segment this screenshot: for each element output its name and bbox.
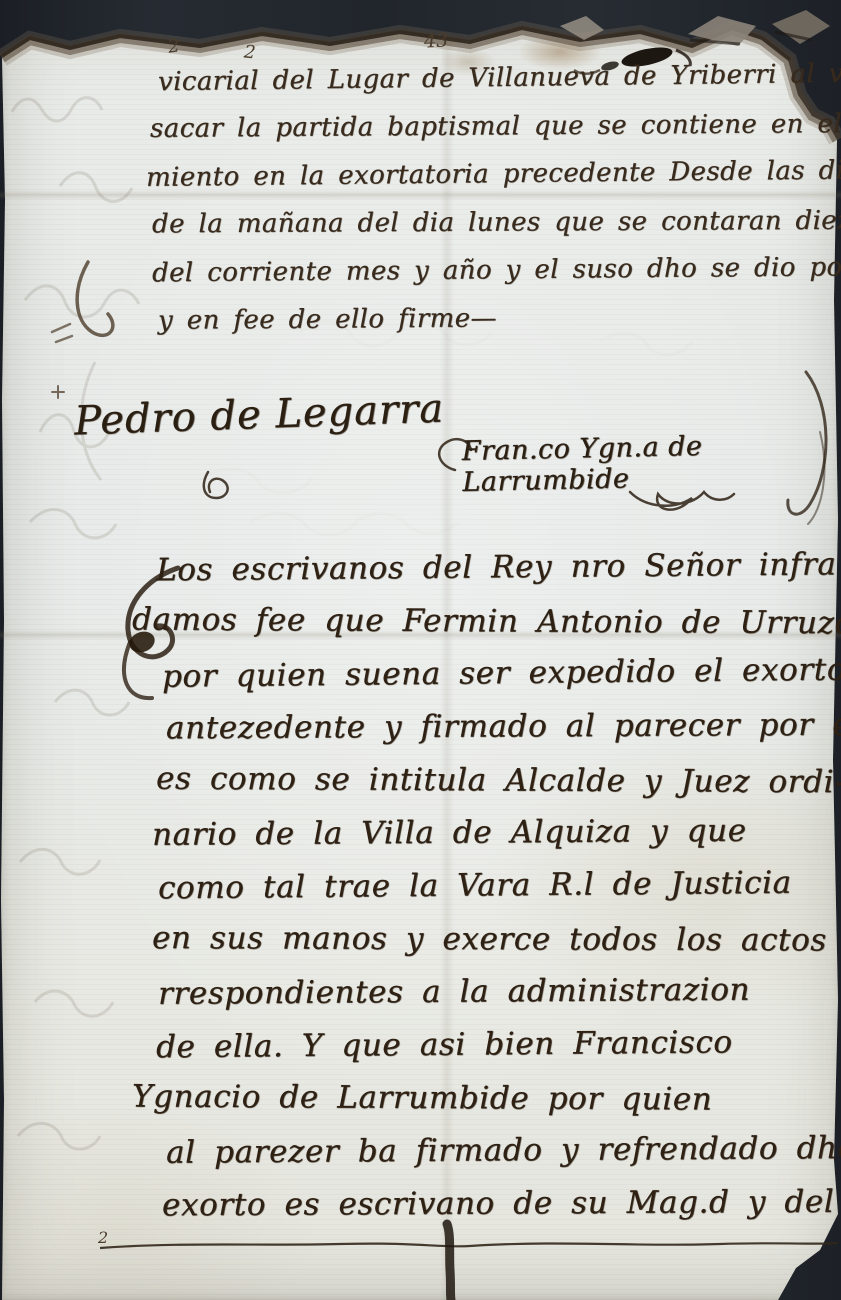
manuscript-line: damos fee que Fermin Antonio de Urruzola xyxy=(0,603,841,640)
signature-francisco-ignacio-de-larrumbide: Fran.co Ygn.a de Larrumbide xyxy=(461,428,841,498)
manuscript-photo: 43 2 2 2 vicarial del Lugar de Villanuev… xyxy=(0,0,841,1300)
manuscript-line: es como se intitula Alcalde y Juez ordi- xyxy=(0,762,841,799)
manuscript-line: Los escrivanos del Rey nro Señor infra e… xyxy=(0,548,841,588)
manuscript-line: sacar la partida baptismal que se contie… xyxy=(0,111,841,144)
manuscript-line: del corriente mes y año y el suso dho se… xyxy=(0,254,841,288)
manuscript-line: vicarial del Lugar de Villanueva de Yrib… xyxy=(0,61,841,98)
manuscript-line: miento en la exortatoria precedente Desd… xyxy=(0,158,841,194)
manuscript-line: de ella. Y que asi bien Francisco xyxy=(0,1025,841,1065)
manuscript-line: como tal trae la Vara R.l de Justicia xyxy=(0,866,841,906)
manuscript-line: de la mañana del dia lunes que se contar… xyxy=(0,208,841,239)
manuscript-line: al parezer ba firmado y refrendado dho xyxy=(0,1132,841,1171)
paragraph-citation: vicarial del Lugar de Villanueva de Yrib… xyxy=(0,66,841,354)
manuscript-line: exorto es escrivano de su Mag.d y del xyxy=(0,1186,841,1223)
manuscript-line: y en fee de ello firme— xyxy=(0,303,841,336)
paragraph-attestation: Los escrivanos del Rey nro Señor infra e… xyxy=(0,552,841,1241)
manuscript-line: Ygnacio de Larrumbide por quien xyxy=(0,1080,841,1117)
stray-mark: 2 xyxy=(243,41,257,63)
manuscript-line: rrespondientes a la administrazion xyxy=(0,973,841,1012)
manuscript-line: en sus manos y exerce todos los actos co… xyxy=(0,922,841,958)
manuscript-line: por quien suena ser expedido el exorto xyxy=(0,654,841,696)
manuscript-line: nario de la Villa de Alquiza y que xyxy=(0,814,841,853)
folio-number: 43 xyxy=(423,29,448,52)
manuscript-line: antezedente y firmado al parecer por el xyxy=(0,709,841,746)
